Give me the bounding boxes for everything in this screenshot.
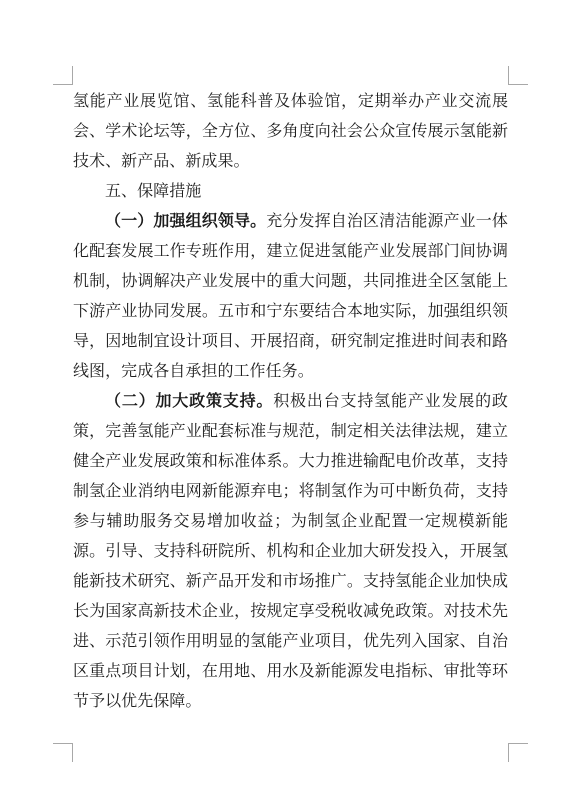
text-line: 参与辅助服务交易增加收益；为制氢企业配置一定规模新能 [73,506,508,536]
text-line: 源。引导、支持科研院所、机构和企业加大研发投入，开展氢 [73,536,508,566]
intro-paragraph: 氢能产业展览馆、氢能科普及体验馆，定期举办产业交流展 会、学术论坛等，全方位、多… [73,86,508,176]
text-line: 下游产业协同发展。五市和宁东要结合本地实际，加强组织领 [73,296,508,326]
subsection-policy-support: （二）加大政策支持。积极出台支持氢能产业发展的政 策，完善氢能产业配套标准与规范… [73,386,508,716]
document-body: 氢能产业展览馆、氢能科普及体验馆，定期举办产业交流展 会、学术论坛等，全方位、多… [73,86,508,716]
subsection-strengthen-leadership: （一）加强组织领导。充分发挥自治区清洁能源产业一体 化配套发展工作专班作用，建立… [73,206,508,386]
text-line: 导，因地制宜设计项目、开展招商，研究制定推进时间表和路 [73,326,508,356]
text-line: 会、学术论坛等，全方位、多角度向社会公众宣传展示氢能新 [73,116,508,146]
text-line: 节予以优先保障。 [73,686,508,716]
subsection-title: （二）加大政策支持。 [105,391,273,410]
text-line: 制氢企业消纳电网新能源弃电；将制氢作为可中断负荷，支持 [73,476,508,506]
text-line: 化配套发展工作专班作用，建立促进氢能产业发展部门间协调 [73,236,508,266]
text-line: 机制，协调解决产业发展中的重大问题，共同推进全区氢能上 [73,266,508,296]
text-line: 技术、新产品、新成果。 [73,146,508,176]
text-line: 长为国家高新技术企业，按规定享受税收减免政策。对技术先 [73,596,508,626]
subsection-title: （一）加强组织领导。 [105,211,266,230]
text-line: 健全产业发展政策和标准体系。大力推进输配电价改革，支持 [73,446,508,476]
paragraph-first-line: （一）加强组织领导。充分发挥自治区清洁能源产业一体 [73,206,508,236]
text-line: 区重点项目计划，在用地、用水及新能源发电指标、审批等环 [73,656,508,686]
bottom-left-margin-mark [53,743,73,762]
text-line: 线图，完成各自承担的工作任务。 [73,356,508,386]
text-line: 进、示范引领作用明显的氢能产业项目，优先列入国家、自治 [73,626,508,656]
bottom-right-margin-mark [508,743,528,762]
top-right-margin-mark [508,66,528,85]
top-left-margin-mark [53,66,73,85]
section-heading: 五、保障措施 [73,176,508,206]
text-run: 积极出台支持氢能产业发展的政 [273,391,508,410]
text-run: 充分发挥自治区清洁能源产业一体 [266,211,508,230]
text-line: 策，完善氢能产业配套标准与规范，制定相关法律法规，建立 [73,416,508,446]
text-line: 氢能产业展览馆、氢能科普及体验馆，定期举办产业交流展 [73,86,508,116]
text-line: 能新技术研究、新产品开发和市场推广。支持氢能企业加快成 [73,566,508,596]
paragraph-first-line: （二）加大政策支持。积极出台支持氢能产业发展的政 [73,386,508,416]
document-page: 氢能产业展览馆、氢能科普及体验馆，定期举办产业交流展 会、学术论坛等，全方位、多… [0,0,582,811]
